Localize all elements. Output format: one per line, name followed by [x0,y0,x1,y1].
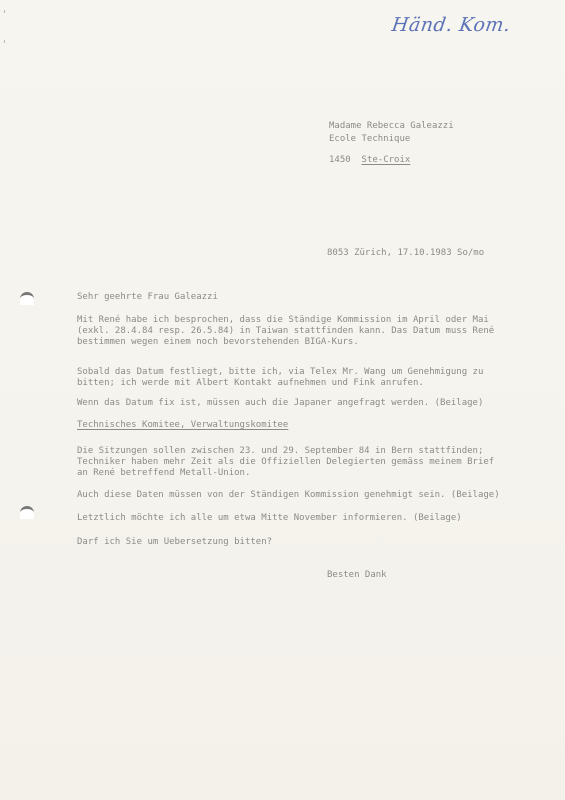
punch-hole-icon [20,506,34,519]
paragraph: Letztlich möchte ich alle um etwa Mitte … [77,513,462,524]
paragraph: Mit René habe ich besprochen, dass die S… [77,315,494,348]
city: Ste-Croix [362,155,411,165]
closing: Besten Dank [327,570,387,581]
margin-mark [4,40,5,43]
handwritten-annotation: Händ. Kom. [390,14,512,36]
recipient-name: Madame Rebecca Galeazzi [329,121,454,132]
paragraph: Die Sitzungen sollen zwischen 23. und 29… [77,446,494,479]
paragraph: Sobald das Datum festliegt, bitte ich, v… [77,367,483,389]
margin-mark [4,10,5,13]
paragraph: Auch diese Daten müssen von der Ständige… [77,490,500,501]
recipient-address: 1450 Ste-Croix [329,155,410,166]
punch-hole-icon [20,292,34,305]
paragraph: Darf ich Sie um Uebersetzung bitten? [77,537,272,548]
recipient-organization: Ecole Technique [329,134,410,145]
salutation: Sehr geehrte Frau Galeazzi [77,292,218,303]
letter-page: Händ. Kom. Madame Rebecca Galeazzi Ecole… [0,0,565,800]
postal-code: 1450 [329,155,351,165]
paragraph: Wenn das Datum fix ist, müssen auch die … [77,398,483,409]
dateline: 8053 Zürich, 17.10.1983 So/mo [327,248,484,259]
section-heading: Technisches Komitee, Verwaltungskomitee [77,420,288,431]
